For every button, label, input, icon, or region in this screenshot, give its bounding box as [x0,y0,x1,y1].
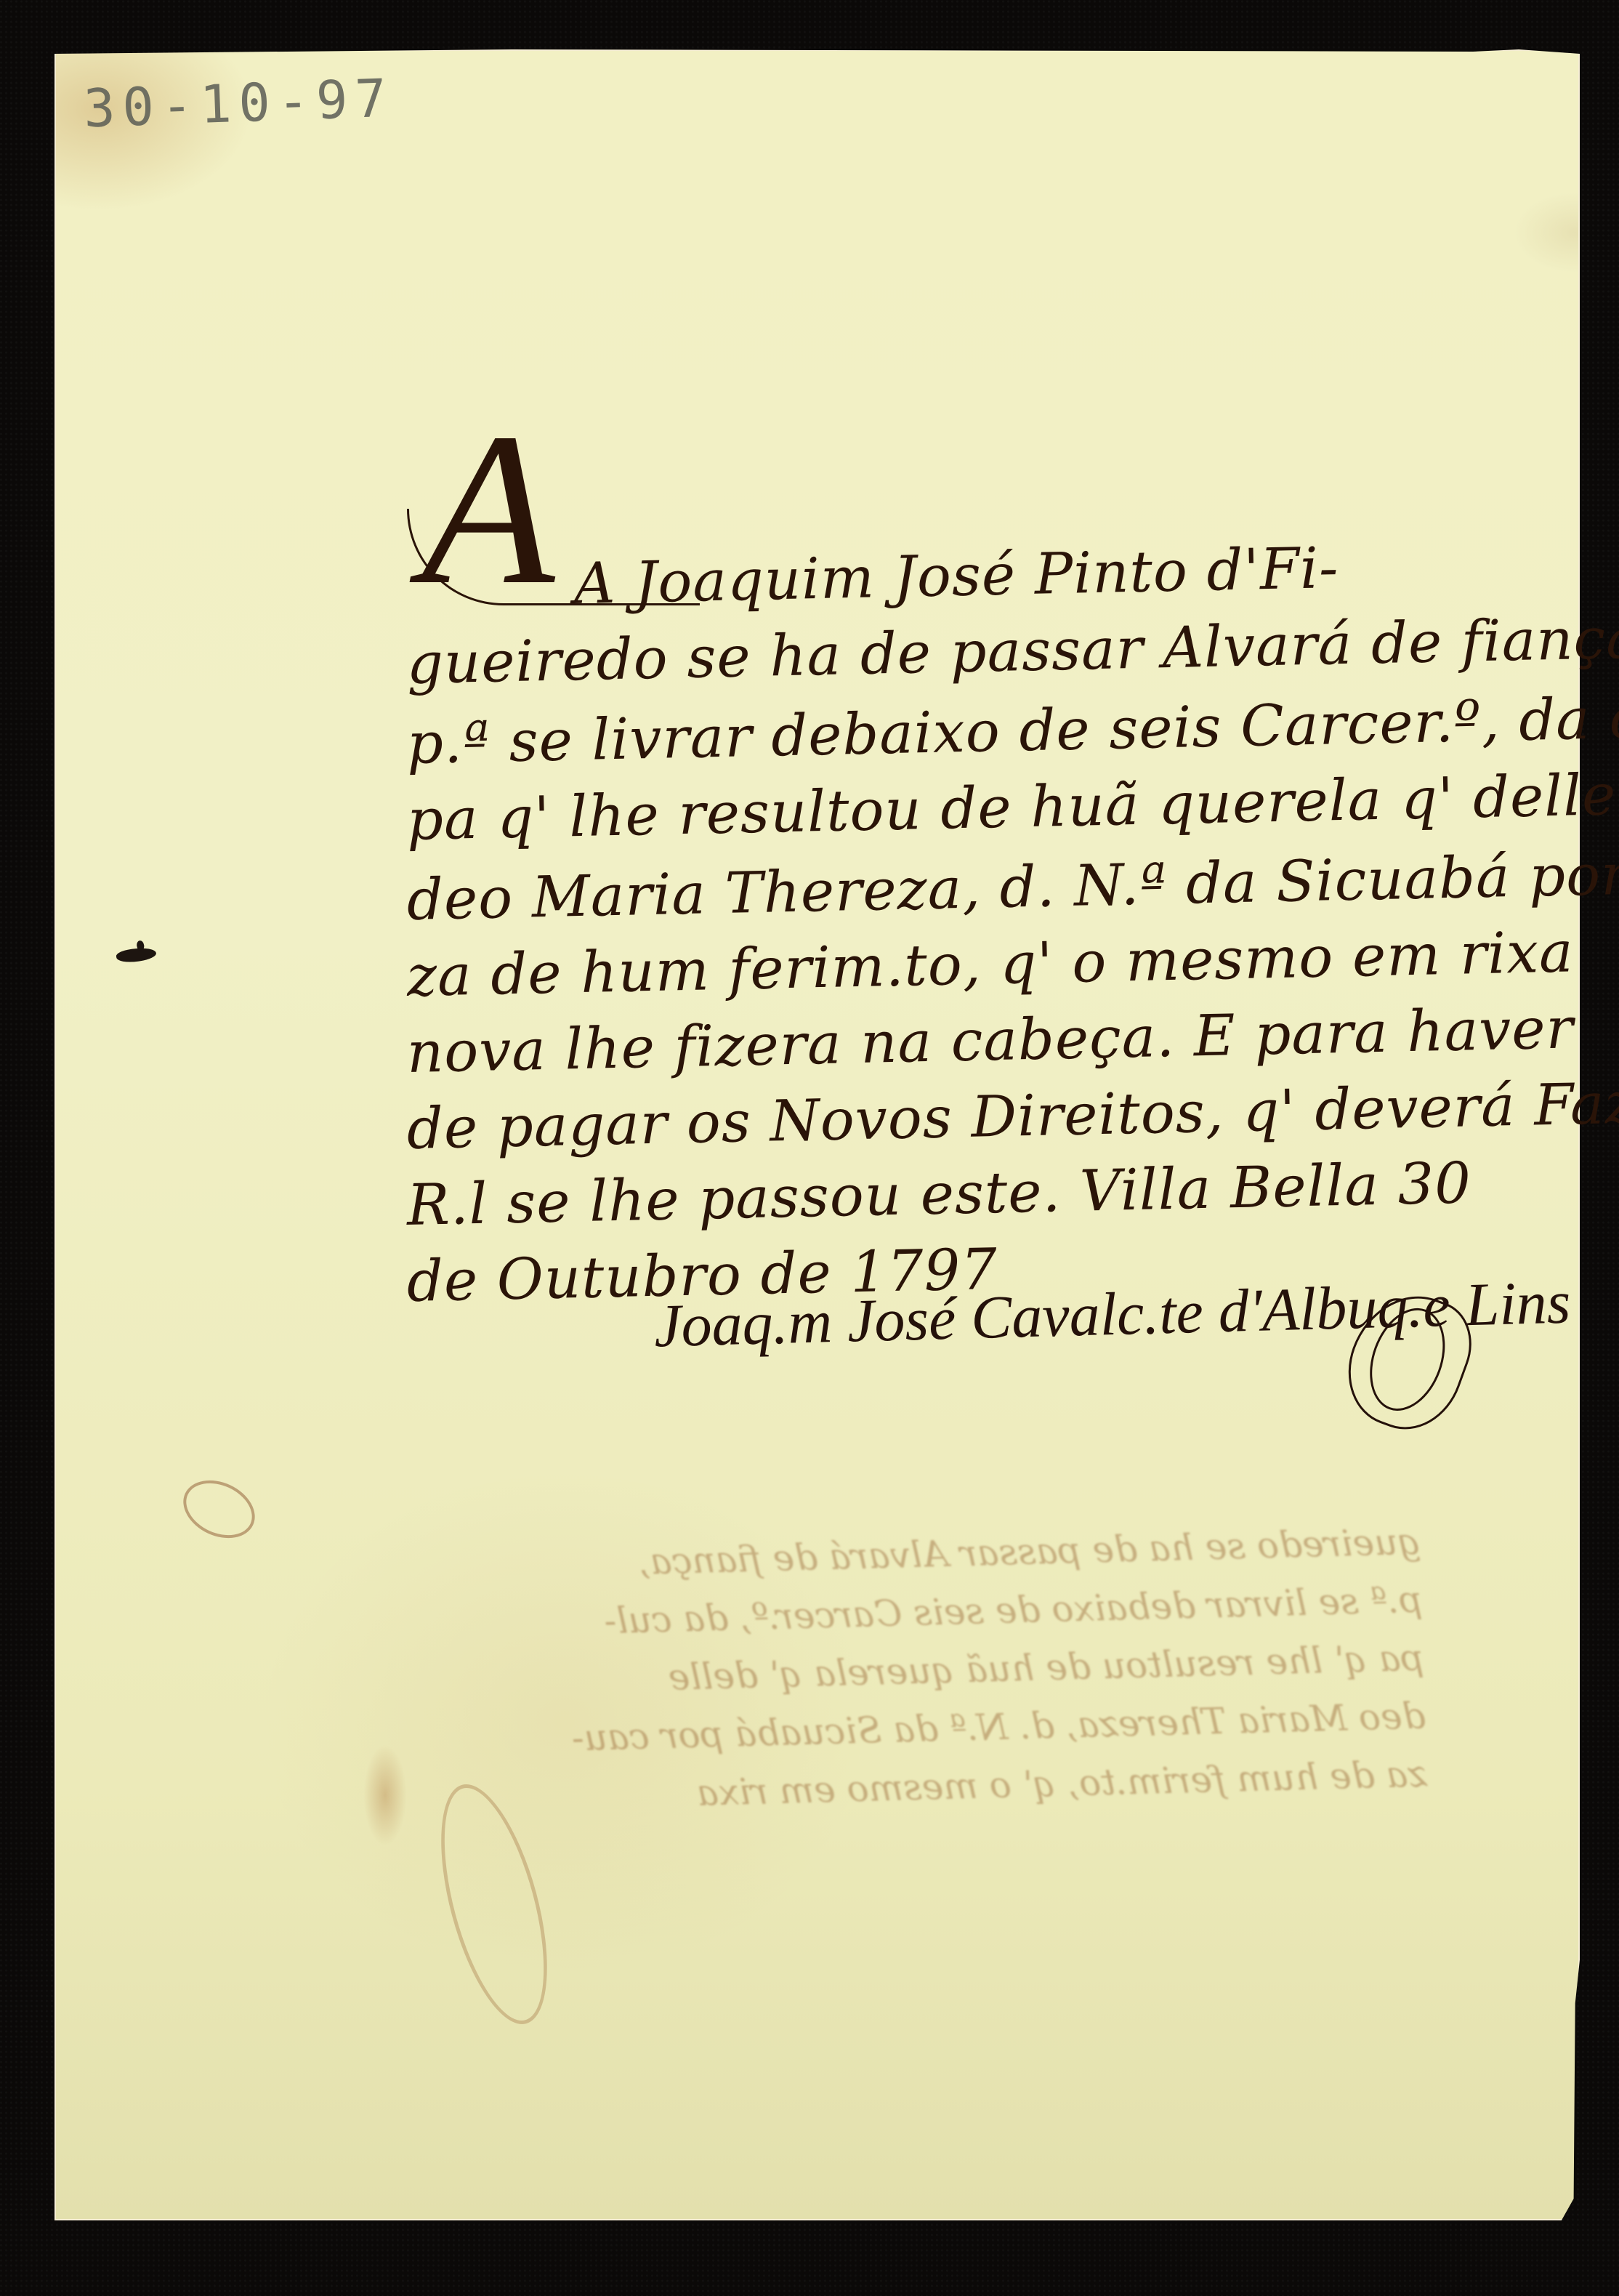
decorated-initial: A [421,400,554,618]
manuscript-line-1: A Joaquim José Pinto d'Fi- [573,540,1339,613]
pencil-date-reference: 30-10-97 [83,68,395,140]
bleed-through-text: gueiredo se ha de passar Alvará de fianç… [403,1520,1428,1838]
ink-stain [363,1744,407,1846]
